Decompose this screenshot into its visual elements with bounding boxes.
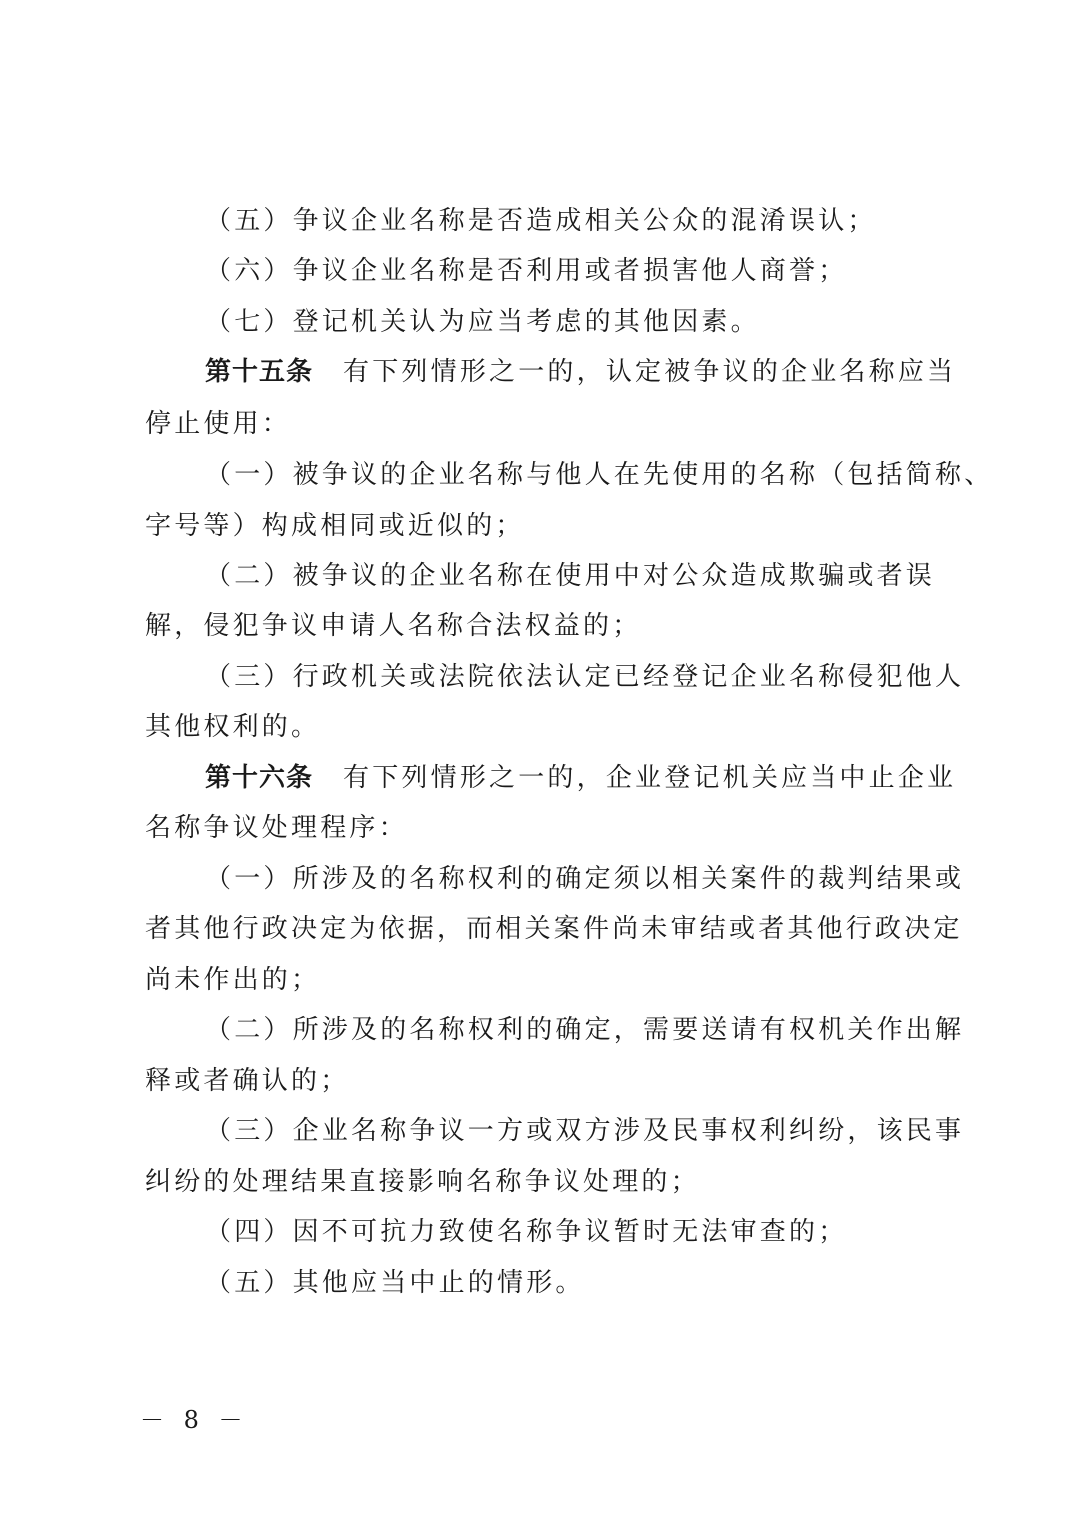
article-15-item-3-cont: 其他权利的。 [145,701,945,753]
clause-5-confusion: （五）争议企业名称是否造成相关公众的混淆误认； [205,195,945,247]
clause-6-reputation: （六）争议企业名称是否利用或者损害他人商誉； [205,245,945,297]
article-15-item-2-cont: 解，侵犯争议申请人名称合法权益的； [145,600,945,652]
article-15-heading: 第十五条有下列情形之一的，认定被争议的企业名称应当 [205,346,945,398]
article-15-item-3: （三）行政机关或法院依法认定已经登记企业名称侵犯他人 [205,651,945,703]
article-16-label: 第十六条 [205,763,313,793]
article-16-item-2: （二）所涉及的名称权利的确定，需要送请有权机关作出解 [205,1004,945,1056]
article-15-text: 有下列情形之一的，认定被争议的企业名称应当 [343,357,956,387]
article-16-item-4: （四）因不可抗力致使名称争议暂时无法审查的； [205,1206,945,1258]
page-number: － 8 － [140,1400,249,1440]
clause-7-other-factors: （七）登记机关认为应当考虑的其他因素。 [205,296,945,348]
article-16-item-3-cont: 纠纷的处理结果直接影响名称争议处理的； [145,1156,945,1208]
article-16-item-5: （五）其他应当中止的情形。 [205,1257,945,1309]
document-page: （五）争议企业名称是否造成相关公众的混淆误认； （六）争议企业名称是否利用或者损… [0,0,1074,1520]
article-16-item-2-cont: 释或者确认的； [145,1055,945,1107]
article-16-item-1: （一）所涉及的名称权利的确定须以相关案件的裁判结果或 [205,853,945,905]
article-15-item-1: （一）被争议的企业名称与他人在先使用的名称（包括简称、 [205,449,945,501]
article-16-text: 有下列情形之一的，企业登记机关应当中止企业 [343,763,956,793]
article-16-continuation: 名称争议处理程序： [145,802,945,854]
article-15-label: 第十五条 [205,357,313,387]
article-15-continuation: 停止使用： [145,398,945,450]
article-16-item-1-cont2: 尚未作出的； [145,954,945,1006]
article-15-item-2: （二）被争议的企业名称在使用中对公众造成欺骗或者误 [205,550,945,602]
article-16-item-1-cont: 者其他行政决定为依据，而相关案件尚未审结或者其他行政决定 [145,903,945,955]
article-16-heading: 第十六条有下列情形之一的，企业登记机关应当中止企业 [205,752,945,804]
article-15-item-1-cont: 字号等）构成相同或近似的； [145,500,945,552]
article-16-item-3: （三）企业名称争议一方或双方涉及民事权利纠纷，该民事 [205,1105,945,1157]
